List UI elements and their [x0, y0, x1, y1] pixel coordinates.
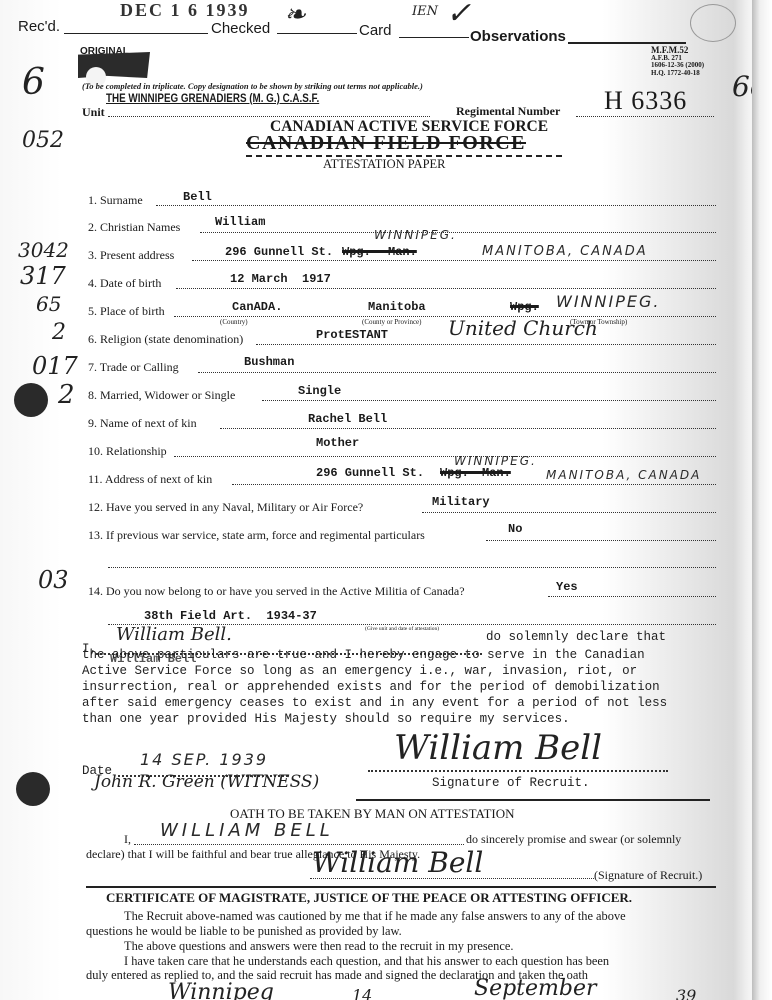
round-stamp — [690, 4, 736, 42]
question-9-answer: Rachel Bell — [308, 412, 387, 426]
declaration-signed-name: William Bell. — [116, 624, 232, 645]
question-6-answer: ProtESTANT — [316, 328, 388, 342]
checked-initials: ❧ — [284, 0, 306, 30]
card-line — [399, 37, 469, 38]
question-3-answer: 296 Gunnell St. — [225, 245, 333, 259]
certificate-place: Winnipeg — [168, 980, 274, 1000]
question-4-line — [176, 288, 716, 289]
card-note: IEN — [412, 4, 438, 19]
question-12-answer: Military — [432, 495, 490, 509]
question-5-line — [174, 316, 716, 317]
certificate-p2: The above questions and answers were the… — [124, 939, 513, 954]
observations-label: Observations — [470, 28, 566, 45]
unit-line — [108, 116, 430, 117]
question-3-handwritten: MANITOBA, CANADA — [482, 244, 648, 259]
oath-i-prefix: I, — [124, 832, 131, 847]
card-label: Card — [359, 22, 392, 39]
declaration-line-2: Active Service Force so long as an emerg… — [82, 664, 637, 678]
question-5-label: 5. Place of birth — [88, 304, 165, 319]
oath-rule — [86, 886, 716, 888]
declaration-line-5: than one year provided His Majesty shoul… — [82, 712, 570, 726]
margin-note-q7: 017 — [32, 352, 78, 380]
question-1-label: 1. Surname — [88, 193, 143, 208]
margin-note-q6: 2 — [52, 320, 66, 345]
question-12-line — [422, 512, 716, 513]
signature-of-recruit-label: Signature of Recruit. — [432, 776, 590, 790]
margin-note-unit: 052 — [22, 128, 64, 153]
question-8-label: 8. Married, Widower or Single — [88, 388, 235, 403]
margin-note-q4: 317 — [20, 262, 66, 290]
recd-label: Rec'd. — [18, 18, 60, 35]
form-codes: M.F.M.52 A.F.B. 271 1606-12-36 (2000) H.… — [651, 47, 704, 77]
checked-label: Checked — [211, 20, 270, 37]
question-10-line — [174, 456, 716, 457]
observations-line — [568, 42, 686, 44]
certificate-p1a: The Recruit above-named was cautioned by… — [124, 909, 626, 924]
title-line3: ATTESTATION PAPER — [323, 157, 446, 172]
oath-signature-label: (Signature of Recruit.) — [594, 868, 702, 883]
punch-hole-lower — [16, 772, 50, 806]
certificate-title: CERTIFICATE OF MAGISTRATE, JUSTICE OF TH… — [106, 890, 632, 906]
question-3-above: WINNIPEG. — [374, 228, 457, 242]
declaration-line-4: after said emergency ceases to exist and… — [82, 696, 667, 710]
margin-note-q8: 2 — [58, 380, 75, 410]
check-mark: ✓ — [446, 0, 471, 31]
margin-note-top-left: 6 — [22, 62, 45, 103]
question-5-sub-country: (Country) — [220, 318, 248, 326]
punch-hole — [14, 383, 48, 417]
question-2-label: 2. Christian Names — [88, 220, 180, 235]
oath-name: WILLIAM BELL — [160, 820, 334, 841]
question-5-struck: Wpg. — [510, 300, 539, 314]
question-13-answer: No — [508, 522, 522, 536]
recruit-signature: William Bell — [394, 728, 602, 768]
question-6-line — [256, 344, 716, 345]
question-11-answer: 296 Gunnell St. — [316, 466, 424, 480]
date-value: 14 SEP. 1939 — [140, 750, 268, 769]
margin-note-q14: 03 — [38, 566, 69, 594]
unit-label: Unit — [82, 105, 105, 120]
question-11-line — [232, 484, 716, 485]
question-6-label: 6. Religion (state denomination) — [88, 332, 243, 347]
question-13-line — [486, 540, 716, 541]
question-13-line-2 — [108, 567, 716, 568]
question-10-answer: Mother — [316, 436, 359, 450]
question-14-line — [548, 596, 716, 597]
question-11-label: 11. Address of next of kin — [88, 472, 212, 487]
oath-signature: William Bell — [312, 846, 483, 879]
question-13-label: 13. If previous war service, state arm, … — [88, 528, 425, 543]
question-7-label: 7. Trade or Calling — [88, 360, 179, 375]
title-line2-struck: CANADIAN FIELD FORCE — [246, 132, 526, 155]
militia-sub: (Give unit and date of attestation) — [365, 626, 439, 632]
certificate-day: 14 — [352, 986, 372, 1000]
question-3-struck: Wpg. Man. — [342, 245, 417, 259]
question-7-answer: Bushman — [244, 355, 294, 369]
question-6-handwritten: United Church — [448, 316, 598, 340]
recd-line — [64, 33, 208, 34]
question-14-answer: Yes — [556, 580, 578, 594]
question-4-answer: 12 March 1917 — [230, 272, 331, 286]
question-12-label: 12. Have you served in any Naval, Milita… — [88, 500, 363, 515]
certificate-year: 39 — [676, 986, 696, 1000]
question-8-answer: Single — [298, 384, 341, 398]
margin-note-q5: 65 — [36, 292, 61, 316]
question-11-struck: Wpg. Man. — [440, 466, 511, 480]
regimental-number-value: H 6336 — [604, 86, 687, 116]
triplicate-note: (To be completed in triplicate. Copy des… — [82, 81, 423, 91]
certificate-p3a: I have taken care that he understands ea… — [124, 954, 609, 969]
question-3-label: 3. Present address — [88, 248, 174, 263]
question-11-handwritten: MANITOBA, CANADA — [546, 468, 701, 482]
unit-value: THE WINNIPEG GRENADIERS (M. G.) C.A.S.F. — [106, 91, 319, 105]
question-9-label: 9. Name of next of kin — [88, 416, 197, 431]
witness-signature: John R. Green (WITNESS) — [94, 772, 319, 792]
oath-name-line — [134, 844, 464, 845]
regimental-number-label: Regimental Number — [456, 104, 560, 119]
question-10-label: 10. Relationship — [88, 444, 167, 459]
question-5-province: Manitoba — [368, 300, 426, 314]
certificate-month: September — [474, 976, 597, 1000]
question-1-line — [156, 205, 716, 206]
checked-line — [277, 33, 357, 34]
question-2-line — [200, 232, 716, 233]
witness-rule — [356, 799, 710, 801]
signature-line — [368, 770, 668, 772]
scan-edge — [752, 0, 772, 1000]
question-5-handwritten: WINNIPEG. — [556, 292, 660, 311]
question-5-country: CanADA. — [232, 300, 282, 314]
question-7-line — [198, 372, 716, 373]
declaration-line-0: do solemnly declare that — [486, 630, 666, 644]
regimental-number-line — [576, 116, 714, 117]
question-5-sub-province: (County or Province) — [362, 318, 422, 326]
declaration-line-3: insurrection, real or apprehended exists… — [82, 680, 660, 694]
question-14-label: 14. Do you now belong to or have you ser… — [88, 584, 465, 599]
oath-text-1: do sincerely promise and swear (or solem… — [466, 832, 681, 847]
question-9-line — [220, 428, 716, 429]
margin-note-q3: 3042 — [18, 238, 69, 262]
attestation-paper: DEC 1 6 1939 Rec'd. Checked ❧ Card IEN ✓… — [0, 0, 772, 1000]
certificate-p1b: questions he would be liable to be punis… — [86, 924, 402, 939]
question-8-line — [262, 400, 716, 401]
question-2-answer: William — [215, 215, 265, 229]
militia-value: 38th Field Art. 1934-37 — [144, 609, 317, 623]
question-1-answer: Bell — [183, 190, 212, 204]
recd-stamp: DEC 1 6 1939 — [120, 0, 250, 21]
form-code: H.Q. 1772-40-18 — [651, 70, 704, 78]
question-4-label: 4. Date of birth — [88, 276, 161, 291]
question-3-line — [192, 260, 716, 261]
